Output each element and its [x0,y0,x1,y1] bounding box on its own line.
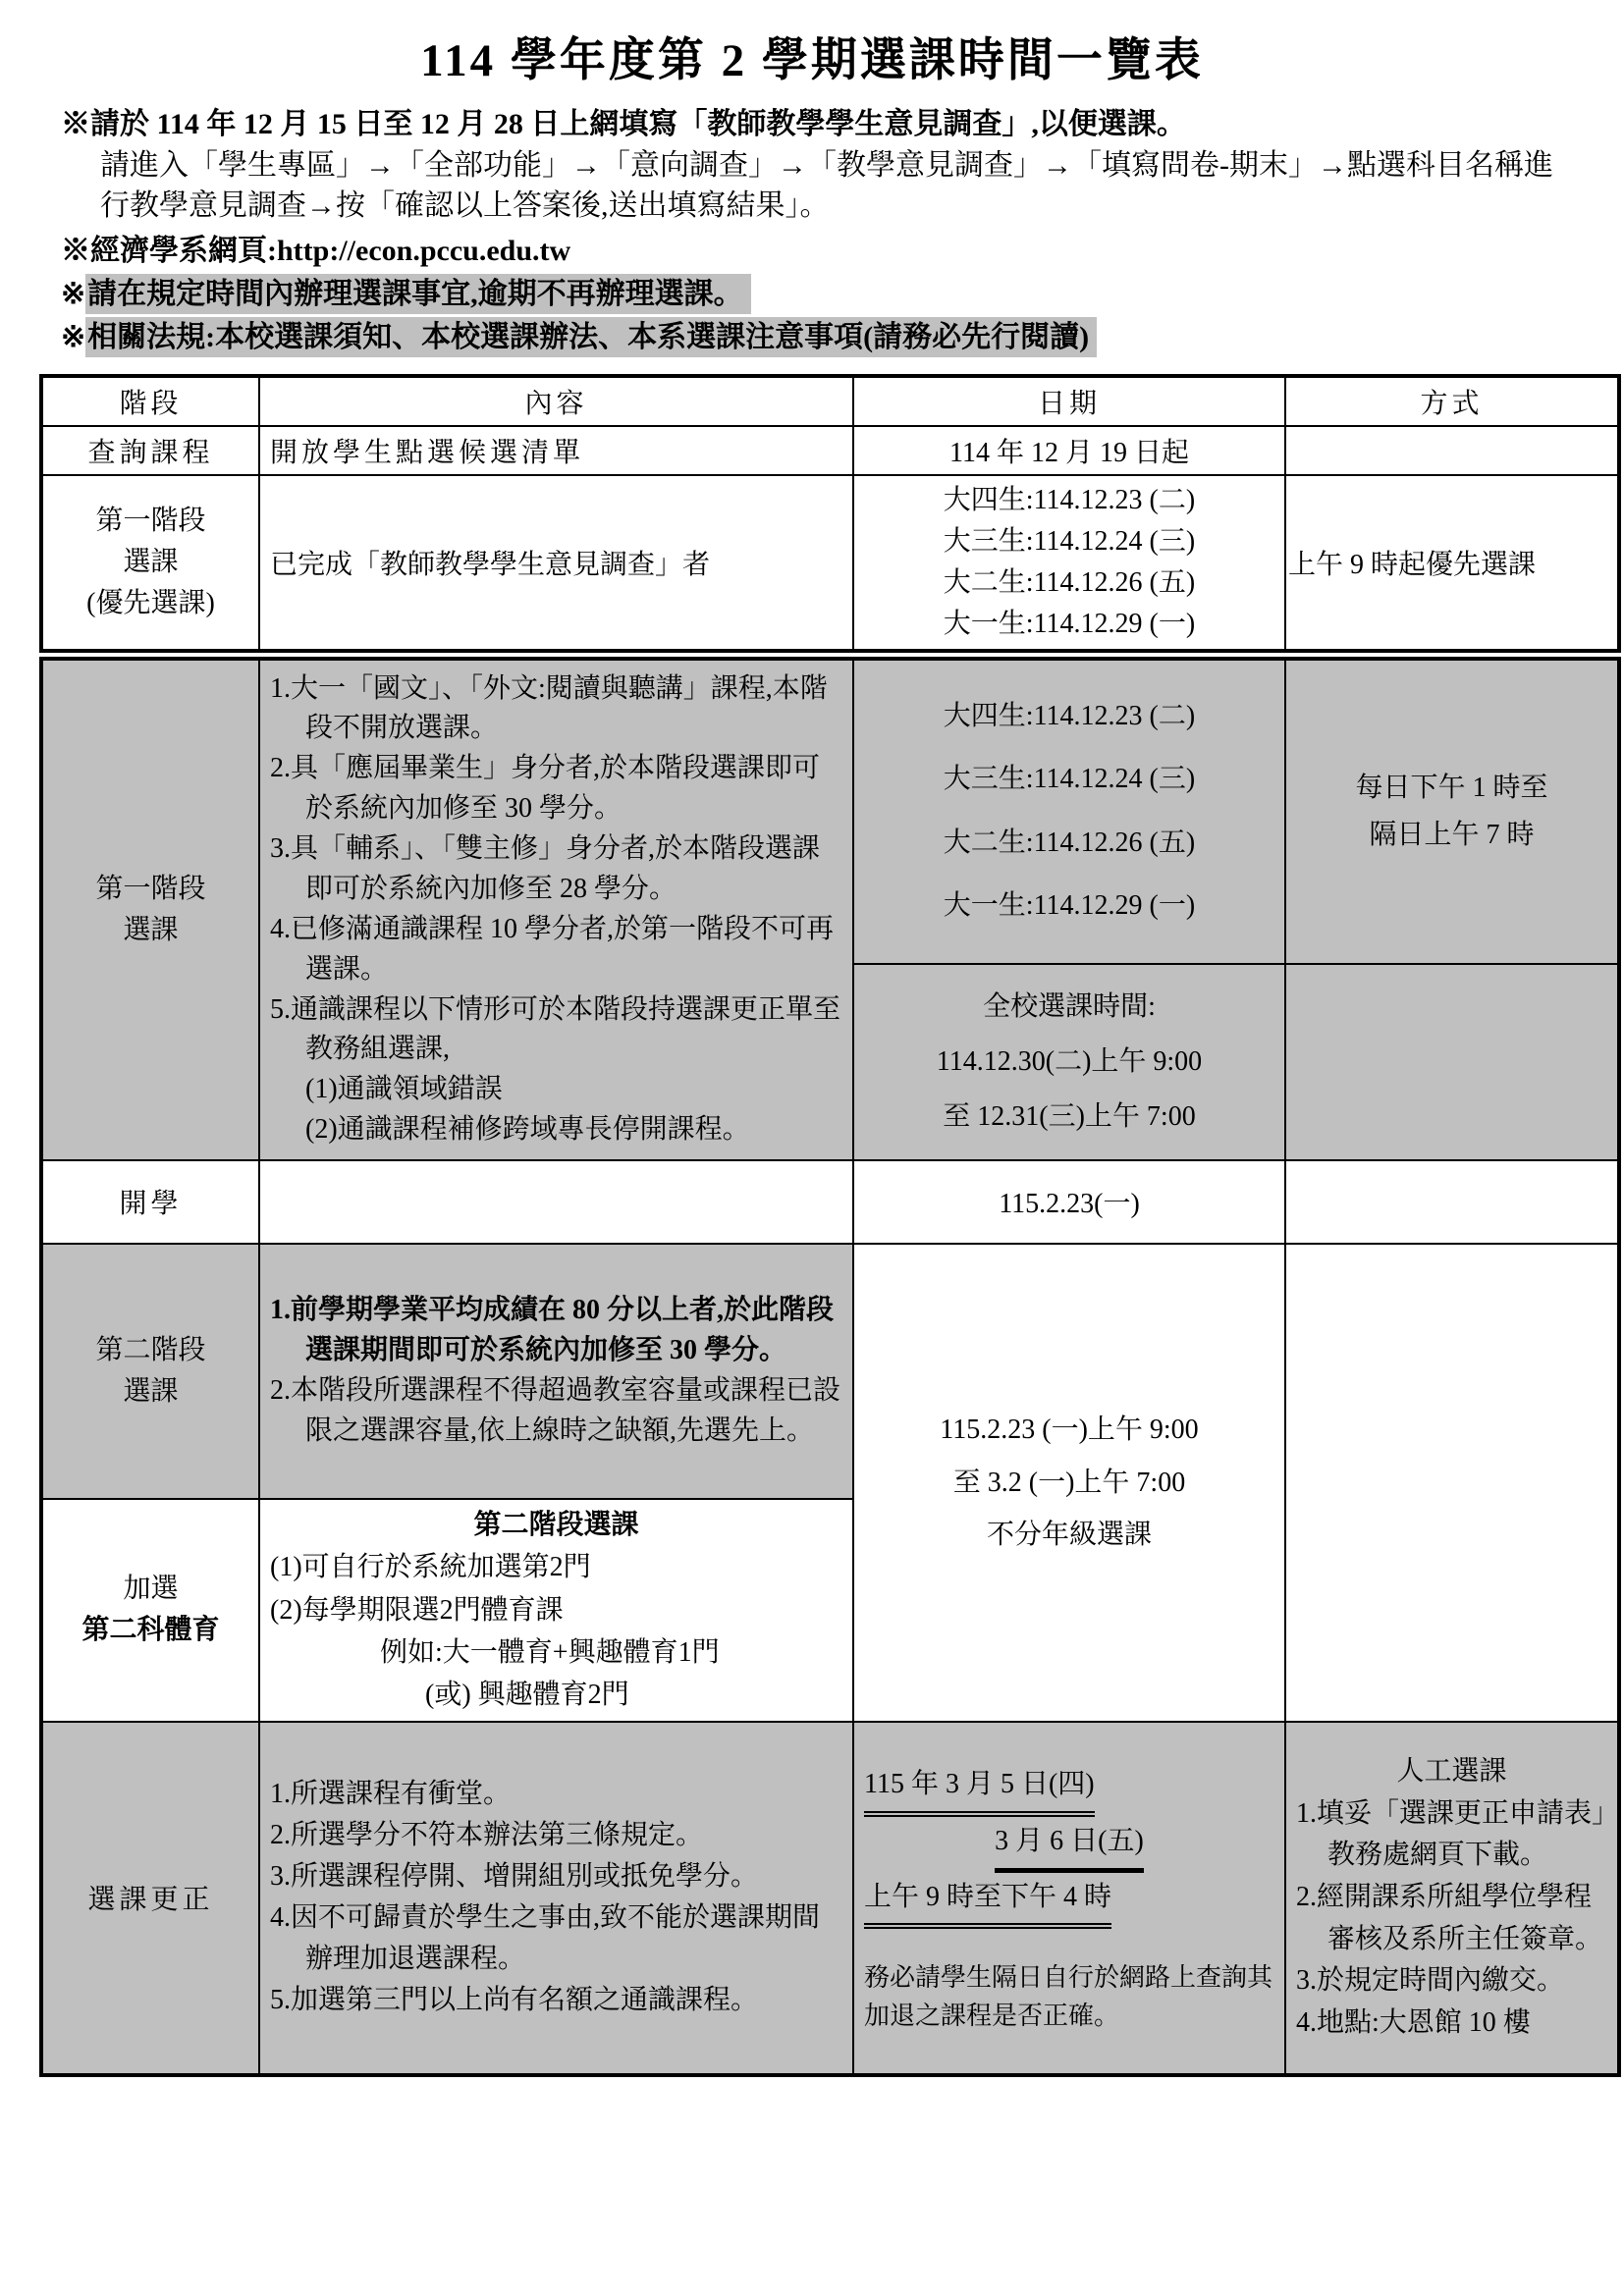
row-query-courses: 查詢課程 開放學生點選候選清單 114 年 12 月 19 日起 [41,426,1619,475]
row-stage1-a: 第一階段 選課 1.大一「國文」、「外文:閱讀與聽講」課程,本階段不開放選課。 … [41,655,1619,964]
cell-correction-date: 115 年 3 月 5 日(四) 3 月 6 日(五) 上午 9 時至下午 4 … [853,1722,1285,2075]
cell-stage1-stage: 第一階段 選課 [41,655,259,1160]
stage-line: (優先選課) [53,583,248,624]
note-website: ※經濟學系網頁:http://econ.pccu.edu.tw [61,232,1575,270]
date-line: 大四生:114.12.23 (二) [864,685,1274,748]
stage-line: 加選 [53,1569,248,1610]
method-line: 每日下午 1 時至 [1296,765,1607,812]
list-item: 2.具「應屆畢業生」身分者,於本階段選課即可於系統內加修至 30 學分。 [270,749,842,829]
notes-section: ※請於 114 年 12 月 15 日至 12 月 28 日上網填寫「教師教學學… [61,105,1575,356]
document-page: 114 學年度第 2 學期選課時間一覽表 ※請於 114 年 12 月 15 日… [0,0,1624,2296]
schooltime-line: 114.12.30(二)上午 9:00 [864,1035,1274,1090]
note-regulations-text: 相關法規:本校選課須知、本校選課辦法、本系選課注意事項(請務必先行閱讀) [85,317,1097,357]
stage-line: 第二階段 [53,1330,248,1371]
date-line: 大一生:114.12.29 (一) [864,875,1274,937]
header-content: 內容 [259,376,853,426]
date-line: 大四生:114.12.23 (二) [864,480,1274,521]
note-survey: ※請於 114 年 12 月 15 日至 12 月 28 日上網填寫「教師教學學… [61,105,1575,143]
cell-correction-method: 人工選課 1.填妥「選課更正申請表」教務處網頁下載。 2.經開課系所組學位學程審… [1285,1722,1619,2075]
cell-pe-stage: 加選 第二科體育 [41,1499,259,1722]
cell-query-content: 開放學生點選候選清單 [259,426,853,475]
stage-line: 第二科體育 [53,1610,248,1651]
date-underlined-line: 115 年 3 月 5 日(四) [864,1760,1274,1816]
date-underlined-line: 3 月 6 日(五) [864,1817,1274,1873]
note-regulations: ※相關法規:本校選課須知、本校選課辦法、本系選課注意事項(請務必先行閱讀) [61,318,1575,356]
cell-correction-stage: 選課更正 [41,1722,259,2075]
date-line: 大三生:114.12.24 (三) [864,521,1274,562]
date-line: 大三生:114.12.24 (三) [864,748,1274,811]
note-marker: ※ [61,278,85,310]
header-method: 方式 [1285,376,1619,426]
cell-open-content [259,1160,853,1244]
list-item: 1.大一「國文」、「外文:閱讀與聽講」課程,本階段不開放選課。 [270,669,842,750]
list-item: 2.本階段所選課程不得超過教室容量或課程已設限之選課容量,依上線時之缺額,先選先… [270,1371,842,1452]
list-subitem: (2)通識課程補修跨域專長停開課程。 [270,1110,842,1150]
note-website-text: 經濟學系網頁:http://econ.pccu.edu.tw [90,235,570,267]
note-survey-text: 請於 114 年 12 月 15 日至 12 月 28 日上網填寫「教師教學學生… [90,108,1186,140]
list-item: 3.所選課程停開、增開組別或抵免學分。 [270,1856,842,1897]
list-item: 3.具「輔系」、「雙主修」身分者,於本階段選課即可於系統內加修至 28 學分。 [270,829,842,910]
cell-stage1-method-empty [1285,964,1619,1160]
list-item: 4.已修滿通識課程 10 學分者,於第一階段不可再選課。 [270,910,842,990]
list-subitem: (1)通識領域錯誤 [270,1070,842,1110]
note-marker: ※ [61,321,85,353]
list-item: 4.地點:大恩館 10 樓 [1296,2002,1607,2045]
cell-stage2-stage: 第二階段 選課 [41,1244,259,1499]
date-line: 大一生:114.12.29 (一) [864,604,1274,645]
cell-priority-method: 上午 9 時起優先選課 [1285,475,1619,655]
note-deadline-text: 請在規定時間內辦理選課事宜,逾期不再辦理選課。 [85,274,751,314]
list-item: 5.加選第三門以上尚有名額之通識課程。 [270,1980,842,2021]
pe-heading: 第二階段選課 [270,1504,842,1546]
stage-line: 第一階段 [53,501,248,542]
cell-query-method [1285,426,1619,475]
cell-schoolwide-time: 全校選課時間: 114.12.30(二)上午 9:00 至 12.31(三)上午… [853,964,1285,1160]
row-semester-start: 開學 115.2.23(一) [41,1160,1619,1244]
cell-stage2-method-empty [1285,1244,1619,1722]
list-item: (1)可自行於系統加選第2門 [270,1546,842,1588]
cell-open-stage: 開學 [41,1160,259,1244]
note-marker: ※ [61,108,90,140]
cell-stage1-dates: 大四生:114.12.23 (二) 大三生:114.12.24 (三) 大二生:… [853,655,1285,964]
stage-line: 選課 [53,1371,248,1413]
row-stage2: 第二階段 選課 1.前學期學業平均成績在 80 分以上者,於此階段選課期間即可於… [41,1244,1619,1499]
cell-query-date: 114 年 12 月 19 日起 [853,426,1285,475]
list-item: (或) 興趣體育2門 [270,1674,842,1716]
note-marker: ※ [61,235,90,267]
note-deadline: ※請在規定時間內辦理選課事宜,逾期不再辦理選課。 [61,275,1575,313]
list-item: 4.因不可歸責於學生之事由,致不能於選課期間辦理加退選課程。 [270,1897,842,1980]
stage-line: 第一階段 [53,869,248,910]
cell-pe-content: 第二階段選課 (1)可自行於系統加選第2門 (2)每學期限選2門體育課 例如:大… [259,1499,853,1722]
header-row: 階段 內容 日期 方式 [41,376,1619,426]
schooltime-line: 全校選課時間: [864,980,1274,1035]
list-item: 5.通識課程以下情形可於本階段持選課更正單至教務組選課, [270,990,842,1071]
list-item: 2.所選學分不符本辦法第三條規定。 [270,1815,842,1856]
list-item: 1.所選課程有衝堂。 [270,1774,842,1815]
list-item: 2.經開課系所組學位學程審核及系所主任簽章。 [1296,1877,1607,1960]
method-line: 隔日上午 7 時 [1296,812,1607,859]
cell-priority-stage: 第一階段 選課 (優先選課) [41,475,259,655]
date-line: 大二生:114.12.26 (五) [864,562,1274,604]
cell-stage2-content: 1.前學期學業平均成績在 80 分以上者,於此階段選課期間即可於系統內加修至 3… [259,1244,853,1499]
list-item: 1.填妥「選課更正申請表」教務處網頁下載。 [1296,1793,1607,1877]
schedule-table: 階段 內容 日期 方式 查詢課程 開放學生點選候選清單 114 年 12 月 1… [39,374,1621,2077]
cell-query-stage: 查詢課程 [41,426,259,475]
cell-correction-content: 1.所選課程有衝堂。 2.所選學分不符本辦法第三條規定。 3.所選課程停開、增開… [259,1722,853,2075]
cell-priority-content: 已完成「教師教學學生意見調查」者 [259,475,853,655]
cell-stage1-method: 每日下午 1 時至 隔日上午 7 時 [1285,655,1619,964]
date-line: 至 3.2 (一)上午 7:00 [864,1457,1274,1509]
row-correction: 選課更正 1.所選課程有衝堂。 2.所選學分不符本辦法第三條規定。 3.所選課程… [41,1722,1619,2075]
list-item: 1.前學期學業平均成績在 80 分以上者,於此階段選課期間即可於系統內加修至 3… [270,1291,842,1371]
schooltime-line: 至 12.31(三)上午 7:00 [864,1090,1274,1145]
cell-stage2-date: 115.2.23 (一)上午 9:00 至 3.2 (一)上午 7:00 不分年… [853,1244,1285,1722]
cell-priority-dates: 大四生:114.12.23 (二) 大三生:114.12.24 (三) 大二生:… [853,475,1285,655]
page-title: 114 學年度第 2 學期選課時間一覽表 [0,0,1624,89]
date-line: 大二生:114.12.26 (五) [864,812,1274,875]
row-stage1-priority: 第一階段 選課 (優先選課) 已完成「教師教學學生意見調查」者 大四生:114.… [41,475,1619,655]
list-item: 例如:大一體育+興趣體育1門 [270,1631,842,1674]
date-underlined-line: 上午 9 時至下午 4 時 [864,1873,1274,1929]
correction-date-note: 務必請學生隔日自行於網路上查詢其加退之課程是否正確。 [864,1958,1274,2035]
manual-heading: 人工選課 [1296,1751,1607,1793]
note-survey-steps: 請進入「學生專區」→「全部功能」→「意向調查」→「教學意見調查」→「填寫問卷-期… [61,145,1575,227]
date-line: 不分年級選課 [864,1509,1274,1561]
header-date: 日期 [853,376,1285,426]
date-line: 115.2.23 (一)上午 9:00 [864,1404,1274,1456]
list-item: (2)每學期限選2門體育課 [270,1589,842,1631]
header-stage: 階段 [41,376,259,426]
stage-line: 選課 [53,910,248,951]
cell-stage1-content: 1.大一「國文」、「外文:閱讀與聽講」課程,本階段不開放選課。 2.具「應屆畢業… [259,655,853,1160]
cell-open-date: 115.2.23(一) [853,1160,1285,1244]
cell-open-method [1285,1160,1619,1244]
list-item: 3.於規定時間內繳交。 [1296,1960,1607,2002]
stage-line: 選課 [53,542,248,583]
